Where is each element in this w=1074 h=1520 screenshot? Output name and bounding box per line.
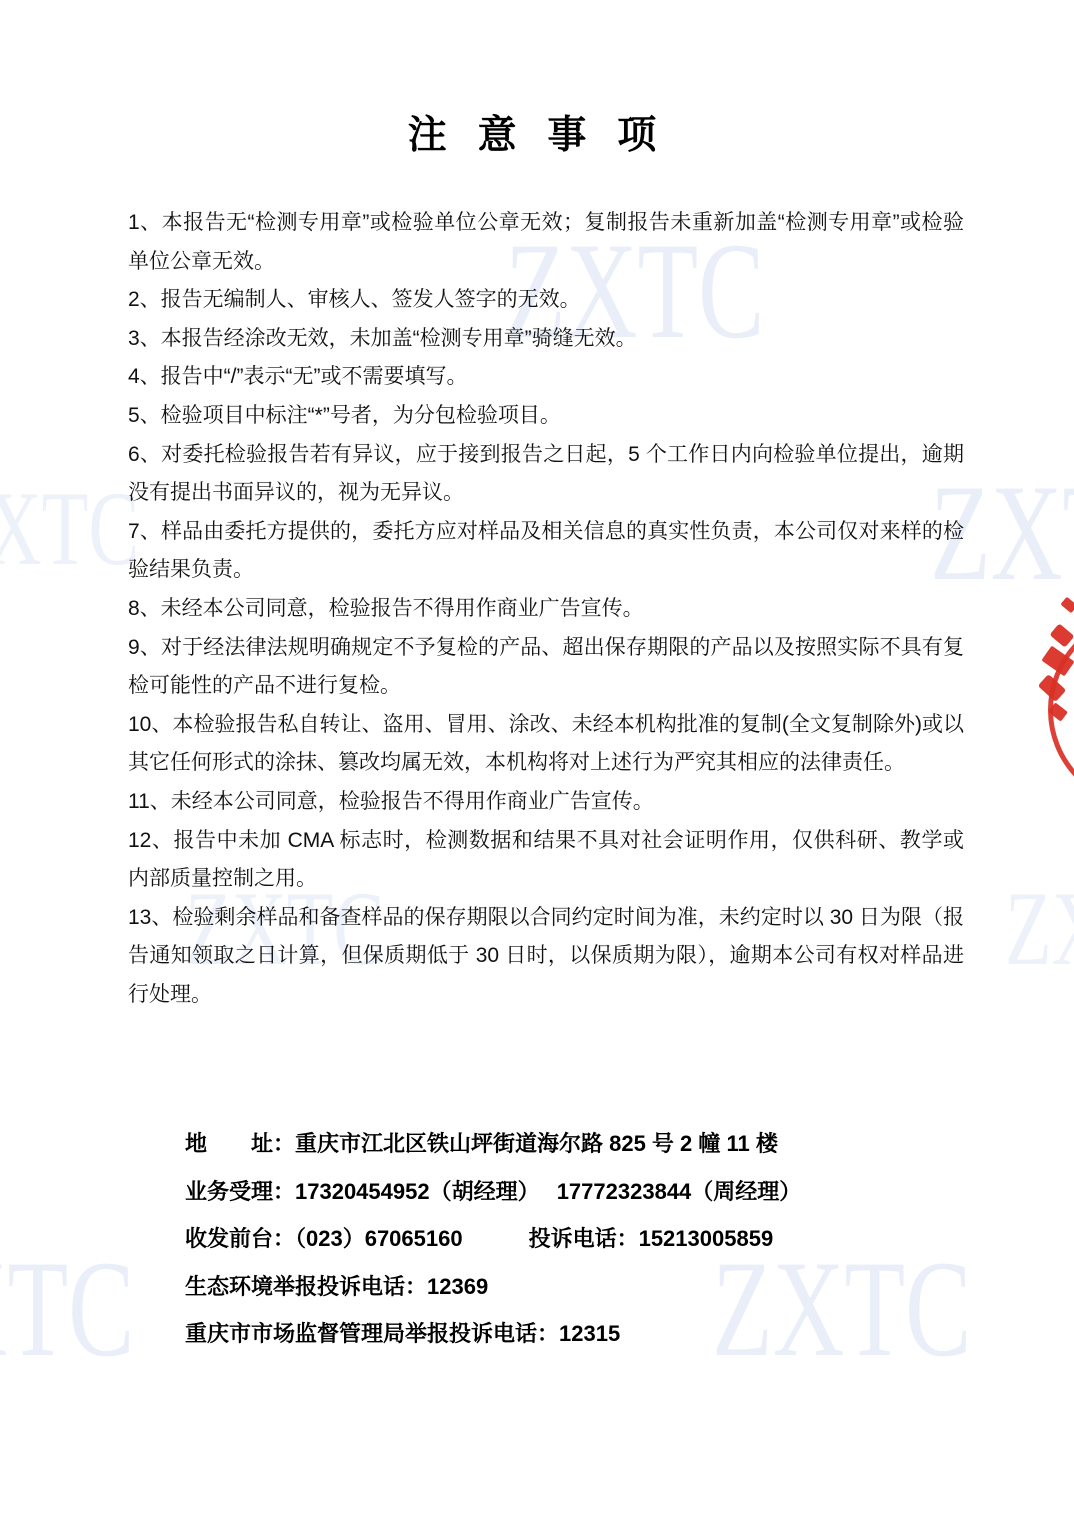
notice-item-8: 8、未经本公司同意，检验报告不得用作商业广告宣传。 <box>128 590 964 629</box>
notice-item-7: 7、样品由委托方提供的，委托方应对样品及相关信息的真实性负责，本公司仅对来样的检… <box>128 513 964 590</box>
seal-ring <box>1048 612 1074 808</box>
notice-list: 1、本报告无“检测专用章”或检验单位公章无效；复制报告未重新加盖“检测专用章”或… <box>128 204 964 1014</box>
contact-business-phones: 业务受理：17320454952（胡经理） 17772323844（周经理） <box>185 1168 1005 1216</box>
contact-front-desk-line: 收发前台：（023）67065160 投诉电话：15213005859 <box>185 1215 1005 1263</box>
notice-item-11: 11、未经本公司同意，检验报告不得用作商业广告宣传。 <box>128 783 964 822</box>
page-title: 注 意 事 项 <box>0 104 1074 160</box>
contact-market-bureau-hotline: 重庆市市场监督管理局举报投诉电话：12315 <box>185 1310 1005 1358</box>
notice-item-13: 13、检验剩余样品和备查样品的保存期限以合同约定时间为准，未约定时以 30 日为… <box>128 899 964 1015</box>
seal-glyph-fragment <box>1041 646 1074 677</box>
contact-block: 地 址：重庆市江北区铁山坪街道海尔路 825 号 2 幢 11 楼 业务受理：1… <box>185 1120 1005 1358</box>
notice-item-12: 12、报告中未加 CMA 标志时，检测数据和结果不具对社会证明作用，仅供科研、教… <box>128 822 964 899</box>
contact-eco-hotline: 生态环境举报投诉电话：12369 <box>185 1263 1005 1311</box>
notice-item-1: 1、本报告无“检测专用章”或检验单位公章无效；复制报告未重新加盖“检测专用章”或… <box>128 204 964 281</box>
notice-item-5: 5、检验项目中标注“*”号者，为分包检验项目。 <box>128 397 964 436</box>
notice-item-3: 3、本报告经涂改无效，未加盖“检测专用章”骑缝无效。 <box>128 320 964 359</box>
notice-item-9: 9、对于经法律法规明确规定不予复检的产品、超出保存期限的产品以及按照实际不具有复… <box>128 629 964 706</box>
watermark-zxtc: ZXTC <box>0 1240 134 1378</box>
notice-item-4: 4、报告中“/”表示“无”或不需要填写。 <box>128 358 964 397</box>
seal-glyph-fragment <box>1050 623 1074 647</box>
seal-glyph-fragment <box>1038 674 1067 702</box>
contact-address-line: 地 址：重庆市江北区铁山坪街道海尔路 825 号 2 幢 11 楼 <box>185 1120 1005 1168</box>
watermark-zxtc: ZXTC <box>1005 876 1074 982</box>
notice-item-2: 2、报告无编制人、审核人、签发人签字的无效。 <box>128 281 964 320</box>
notice-item-6: 6、对委托检验报告若有异议，应于接到报告之日起，5 个工作日内向检验单位提出，逾… <box>128 436 964 513</box>
seal-glyph-fragment <box>1048 702 1068 721</box>
notice-report-page: ZXTC ZXTC ZXTC ZXTC ZXTC ZXTC ZXTC 注 意 事… <box>0 0 1074 1520</box>
watermark-zxtc: ZXTC <box>0 476 139 582</box>
notice-item-10: 10、本检验报告私自转让、盗用、冒用、涂改、未经本机构批准的复制(全文复制除外)… <box>128 706 964 783</box>
